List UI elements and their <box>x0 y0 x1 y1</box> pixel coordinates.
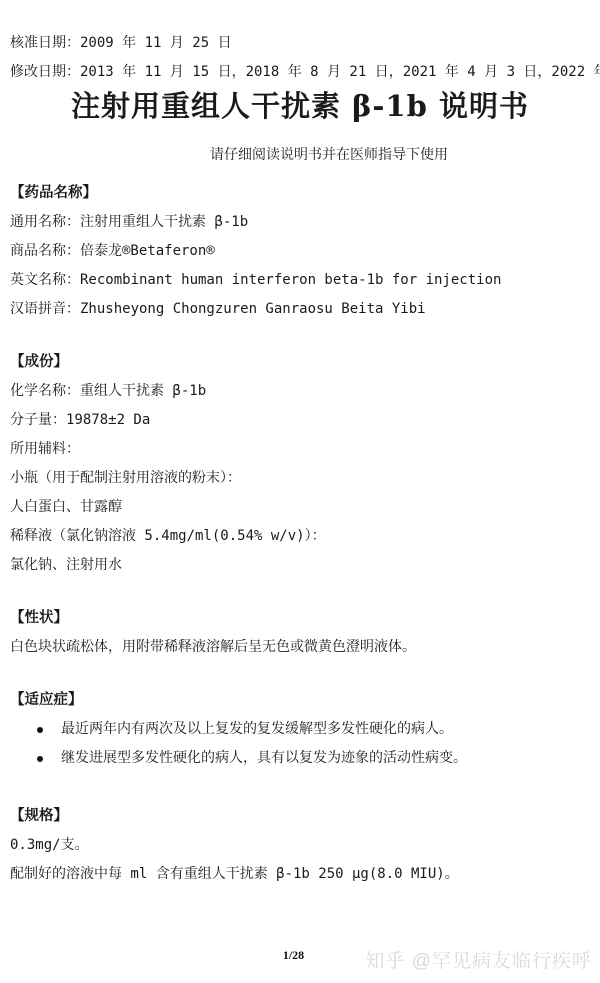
section-heading-description: 【性状】 <box>10 604 590 633</box>
albumin-mannitol-line: 人白蛋白、甘露醇 <box>10 493 590 522</box>
approval-date-line: 核准日期：2009 年 11 月 25 日 <box>10 29 590 58</box>
description-line: 白色块状疏松体，用附带稀释液溶解后呈无色或微黄色澄明液体。 <box>10 633 590 662</box>
section-heading-composition: 【成份】 <box>10 348 590 377</box>
vial-powder-line: 小瓶（用于配制注射用溶液的粉末）： <box>10 464 590 493</box>
bullet-icon <box>37 756 43 762</box>
section-heading-specification: 【规格】 <box>10 802 590 831</box>
section-composition: 【成份】 化学名称：重组人干扰素 β-1b 分子量：19878±2 Da 所用辅… <box>10 348 590 580</box>
molecular-weight-line: 分子量：19878±2 Da <box>10 406 590 435</box>
excipients-label-line: 所用辅料： <box>10 435 590 464</box>
trade-name-line: 商品名称：倍泰龙®Betaferon® <box>10 237 590 266</box>
revision-date-line: 修改日期：2013 年 11 月 15 日，2018 年 8 月 21 日，20… <box>10 58 590 87</box>
usage-notice: 请仔细阅读说明书并在医师指导下使用 <box>39 141 600 170</box>
section-heading-indications: 【适应症】 <box>10 686 590 715</box>
section-indications: 【适应症】 最近两年内有两次及以上复发的复发缓解型多发性硬化的病人。 继发进展型… <box>10 686 590 773</box>
section-description: 【性状】 白色块状疏松体，用附带稀释液溶解后呈无色或微黄色澄明液体。 <box>10 604 590 662</box>
strength-line: 0.3mg/支。 <box>10 831 590 860</box>
chemical-name-line: 化学名称：重组人干扰素 β-1b <box>10 377 590 406</box>
pinyin-name-line: 汉语拼音：Zhusheyong Chongzuren Ganraosu Beit… <box>10 295 590 324</box>
sodium-chloride-water-line: 氯化钠、注射用水 <box>10 551 590 580</box>
generic-name-line: 通用名称：注射用重组人干扰素 β-1b <box>10 208 590 237</box>
document-title: 注射用重组人干扰素 β-1b 说明书 <box>10 89 590 123</box>
concentration-line: 配制好的溶液中每 ml 含有重组人干扰素 β-1b 250 μg(8.0 MIU… <box>10 860 590 889</box>
zhihu-watermark: 知乎 @罕见病友临行疾呼 <box>365 946 592 973</box>
indication-text: 继发进展型多发性硬化的病人，具有以复发为迹象的活动性病变。 <box>61 744 467 773</box>
section-heading-drug-names: 【药品名称】 <box>10 179 590 208</box>
bullet-icon <box>37 727 43 733</box>
diluent-line: 稀释液（氯化钠溶液 5.4mg/ml(0.54% w/v)）： <box>10 522 590 551</box>
indication-item: 最近两年内有两次及以上复发的复发缓解型多发性硬化的病人。 <box>10 715 590 744</box>
indication-text: 最近两年内有两次及以上复发的复发缓解型多发性硬化的病人。 <box>61 715 453 744</box>
english-name-line: 英文名称：Recombinant human interferon beta-1… <box>10 266 590 295</box>
indication-item: 继发进展型多发性硬化的病人，具有以复发为迹象的活动性病变。 <box>10 744 590 773</box>
section-specification: 【规格】 0.3mg/支。 配制好的溶液中每 ml 含有重组人干扰素 β-1b … <box>10 802 590 889</box>
section-drug-names: 【药品名称】 通用名称：注射用重组人干扰素 β-1b 商品名称：倍泰龙®Beta… <box>10 179 590 324</box>
drug-leaflet-page: 核准日期：2009 年 11 月 25 日 修改日期：2013 年 11 月 1… <box>0 0 600 983</box>
